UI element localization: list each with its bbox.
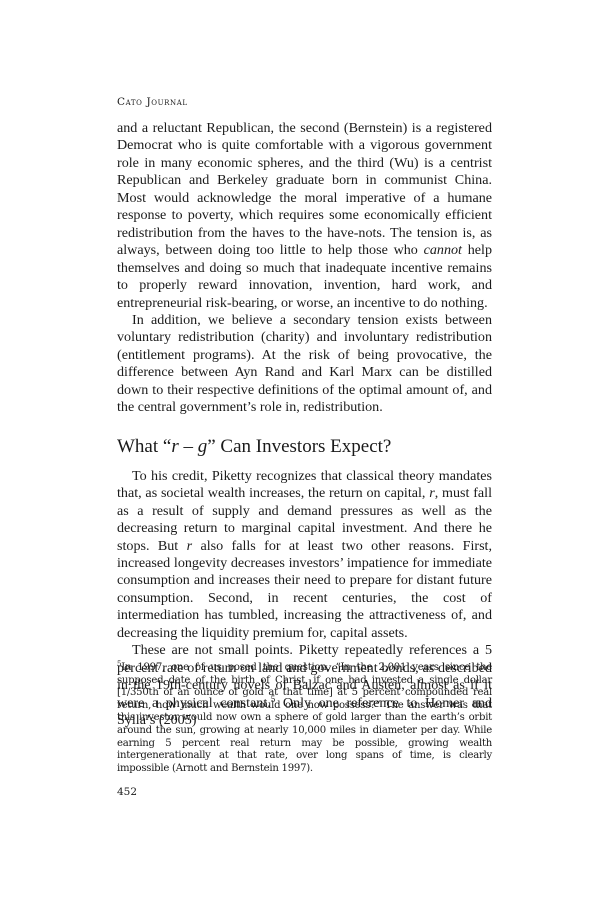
paragraph: To his credit, Piketty recognizes that c… bbox=[117, 468, 492, 643]
footnotes: 5In 1997, one of us posed the question, … bbox=[117, 662, 492, 775]
body-text: and a reluctant Republican, the second (… bbox=[117, 120, 492, 730]
paragraph: and a reluctant Republican, the second (… bbox=[117, 120, 492, 312]
section-heading: What “r – g” Can Investors Expect? bbox=[117, 436, 492, 458]
emphasis: cannot bbox=[424, 242, 462, 258]
running-head: Cato Journal bbox=[117, 96, 188, 108]
paragraph: In addition, we believe a secondary tens… bbox=[117, 312, 492, 417]
document-page: Cato Journal and a reluctant Republican,… bbox=[0, 0, 608, 900]
page-number: 452 bbox=[117, 786, 137, 798]
footnote: 5In 1997, one of us posed the question, … bbox=[117, 662, 492, 775]
